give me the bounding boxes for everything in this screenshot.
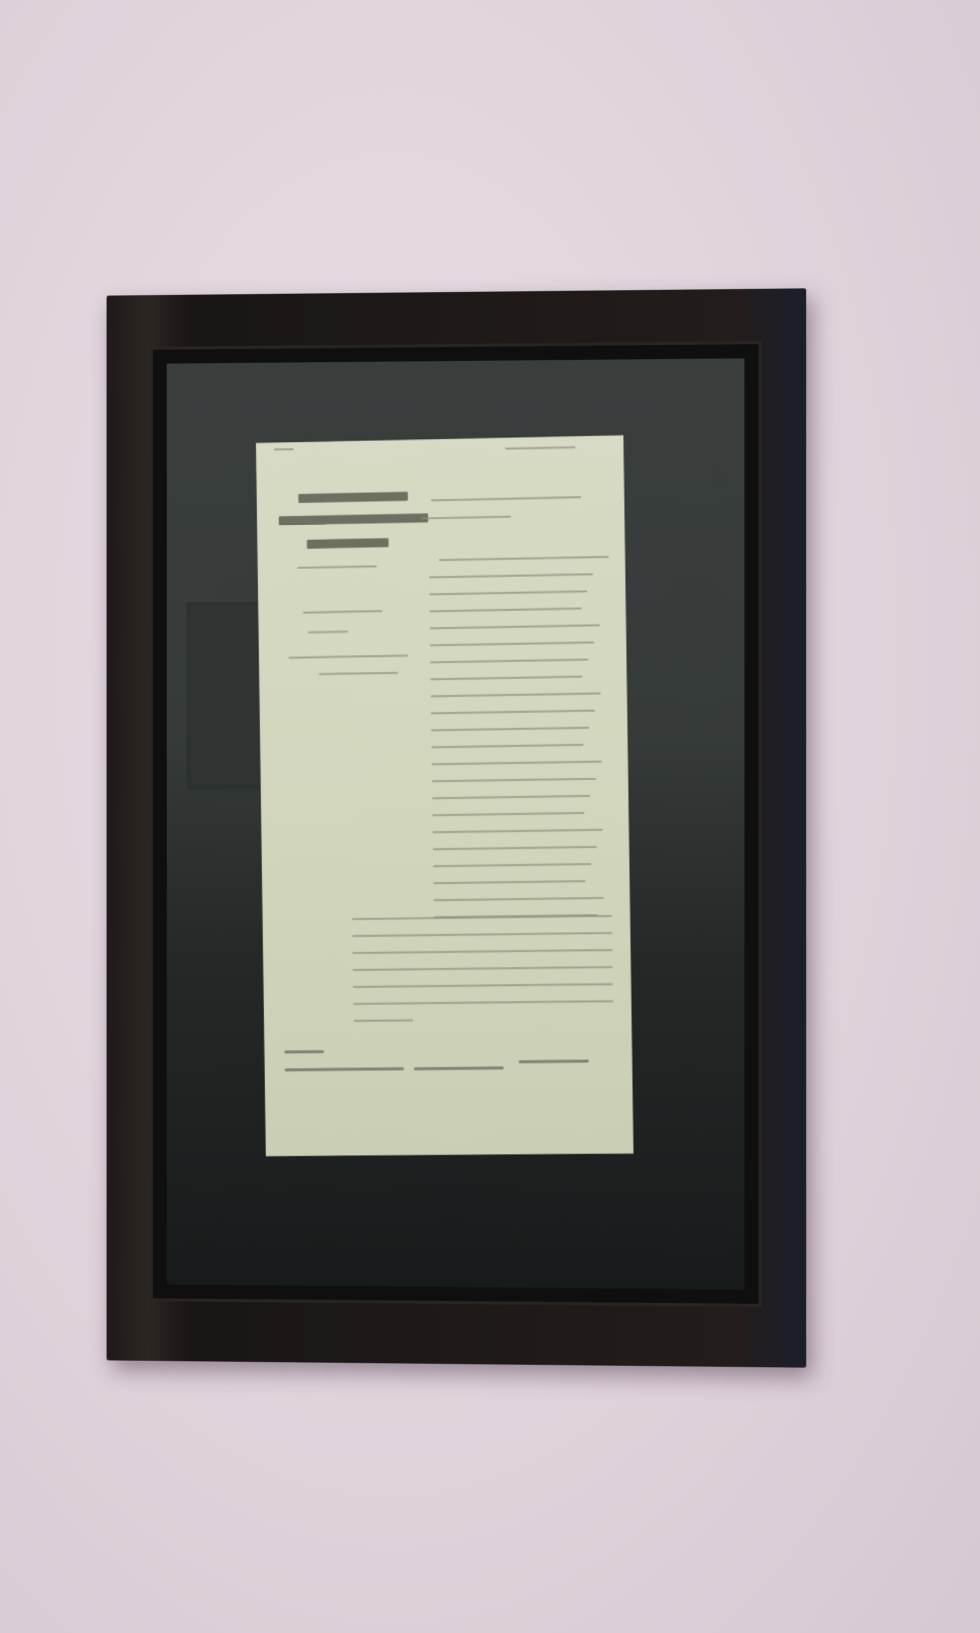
framed-document [256,435,634,1156]
letterhead-line [298,492,408,503]
handwritten-text [256,435,624,443]
picture-frame [107,288,807,1367]
letterhead-line [307,538,389,549]
frame-glass [150,341,762,1307]
frame-mat [167,358,745,1289]
letterhead-line [279,513,428,525]
glass-reflection [187,602,266,789]
